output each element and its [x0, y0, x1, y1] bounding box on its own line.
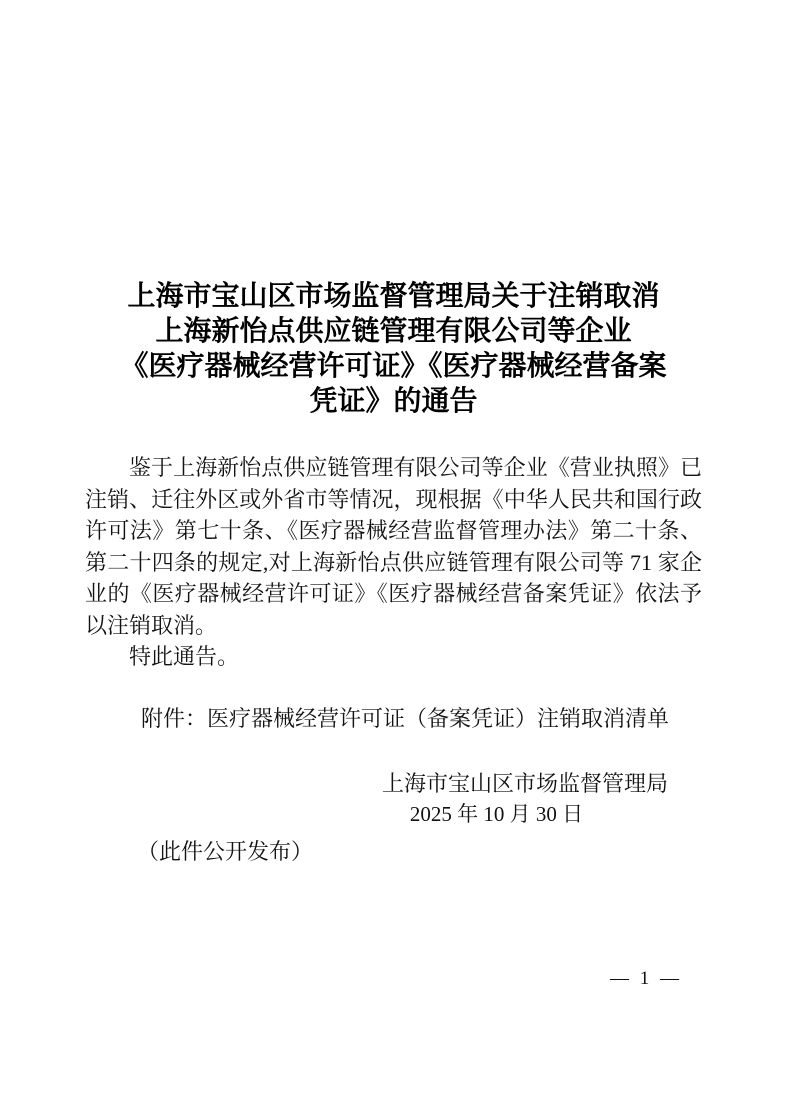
body-line: 注销、迁往外区或外省市等情况，现根据《中华人民共和国行政 [85, 484, 702, 516]
page-number: — 1 — [610, 968, 682, 990]
attachment-line: 附件：医疗器械经营许可证（备案凭证）注销取消清单 [85, 703, 702, 734]
body-line: 鉴于上海新怡点供应链管理有限公司等企业《营业执照》已 [85, 452, 702, 484]
signature-agency: 上海市宝山区市场监督管理局 [382, 768, 655, 799]
doc-title-line-3: 《医疗器械经营许可证》《医疗器械经营备案 [85, 348, 702, 383]
doc-body: 鉴于上海新怡点供应链管理有限公司等企业《营业执照》已 注销、迁往外区或外省市等情… [85, 452, 702, 673]
body-line: 业的《医疗器械经营许可证》《医疗器械经营备案凭证》依法予 [85, 578, 702, 610]
publish-note: （此件公开发布） [137, 836, 702, 867]
signature-block: 上海市宝山区市场监督管理局 2025 年 10 月 30 日 [382, 768, 655, 830]
doc-title: 上海市宝山区市场监督管理局关于注销取消 上海新怡点供应链管理有限公司等企业 《医… [85, 278, 702, 418]
body-line: 许可法》第七十条、《医疗器械经营监督管理办法》第二十条、 [85, 515, 702, 547]
body-line: 第二十四条的规定,对上海新怡点供应链管理有限公司等 71 家企 [85, 547, 702, 579]
doc-title-line-1: 上海市宝山区市场监督管理局关于注销取消 [85, 278, 702, 313]
notice-closing-line: 特此通告。 [85, 641, 702, 673]
doc-title-line-2: 上海新怡点供应链管理有限公司等企业 [85, 313, 702, 348]
signature-date: 2025 年 10 月 30 日 [382, 799, 655, 830]
body-line: 以注销取消。 [85, 610, 702, 642]
doc-title-line-4: 凭证》的通告 [85, 383, 702, 418]
document-page: 上海市宝山区市场监督管理局关于注销取消 上海新怡点供应链管理有限公司等企业 《医… [0, 0, 794, 1093]
